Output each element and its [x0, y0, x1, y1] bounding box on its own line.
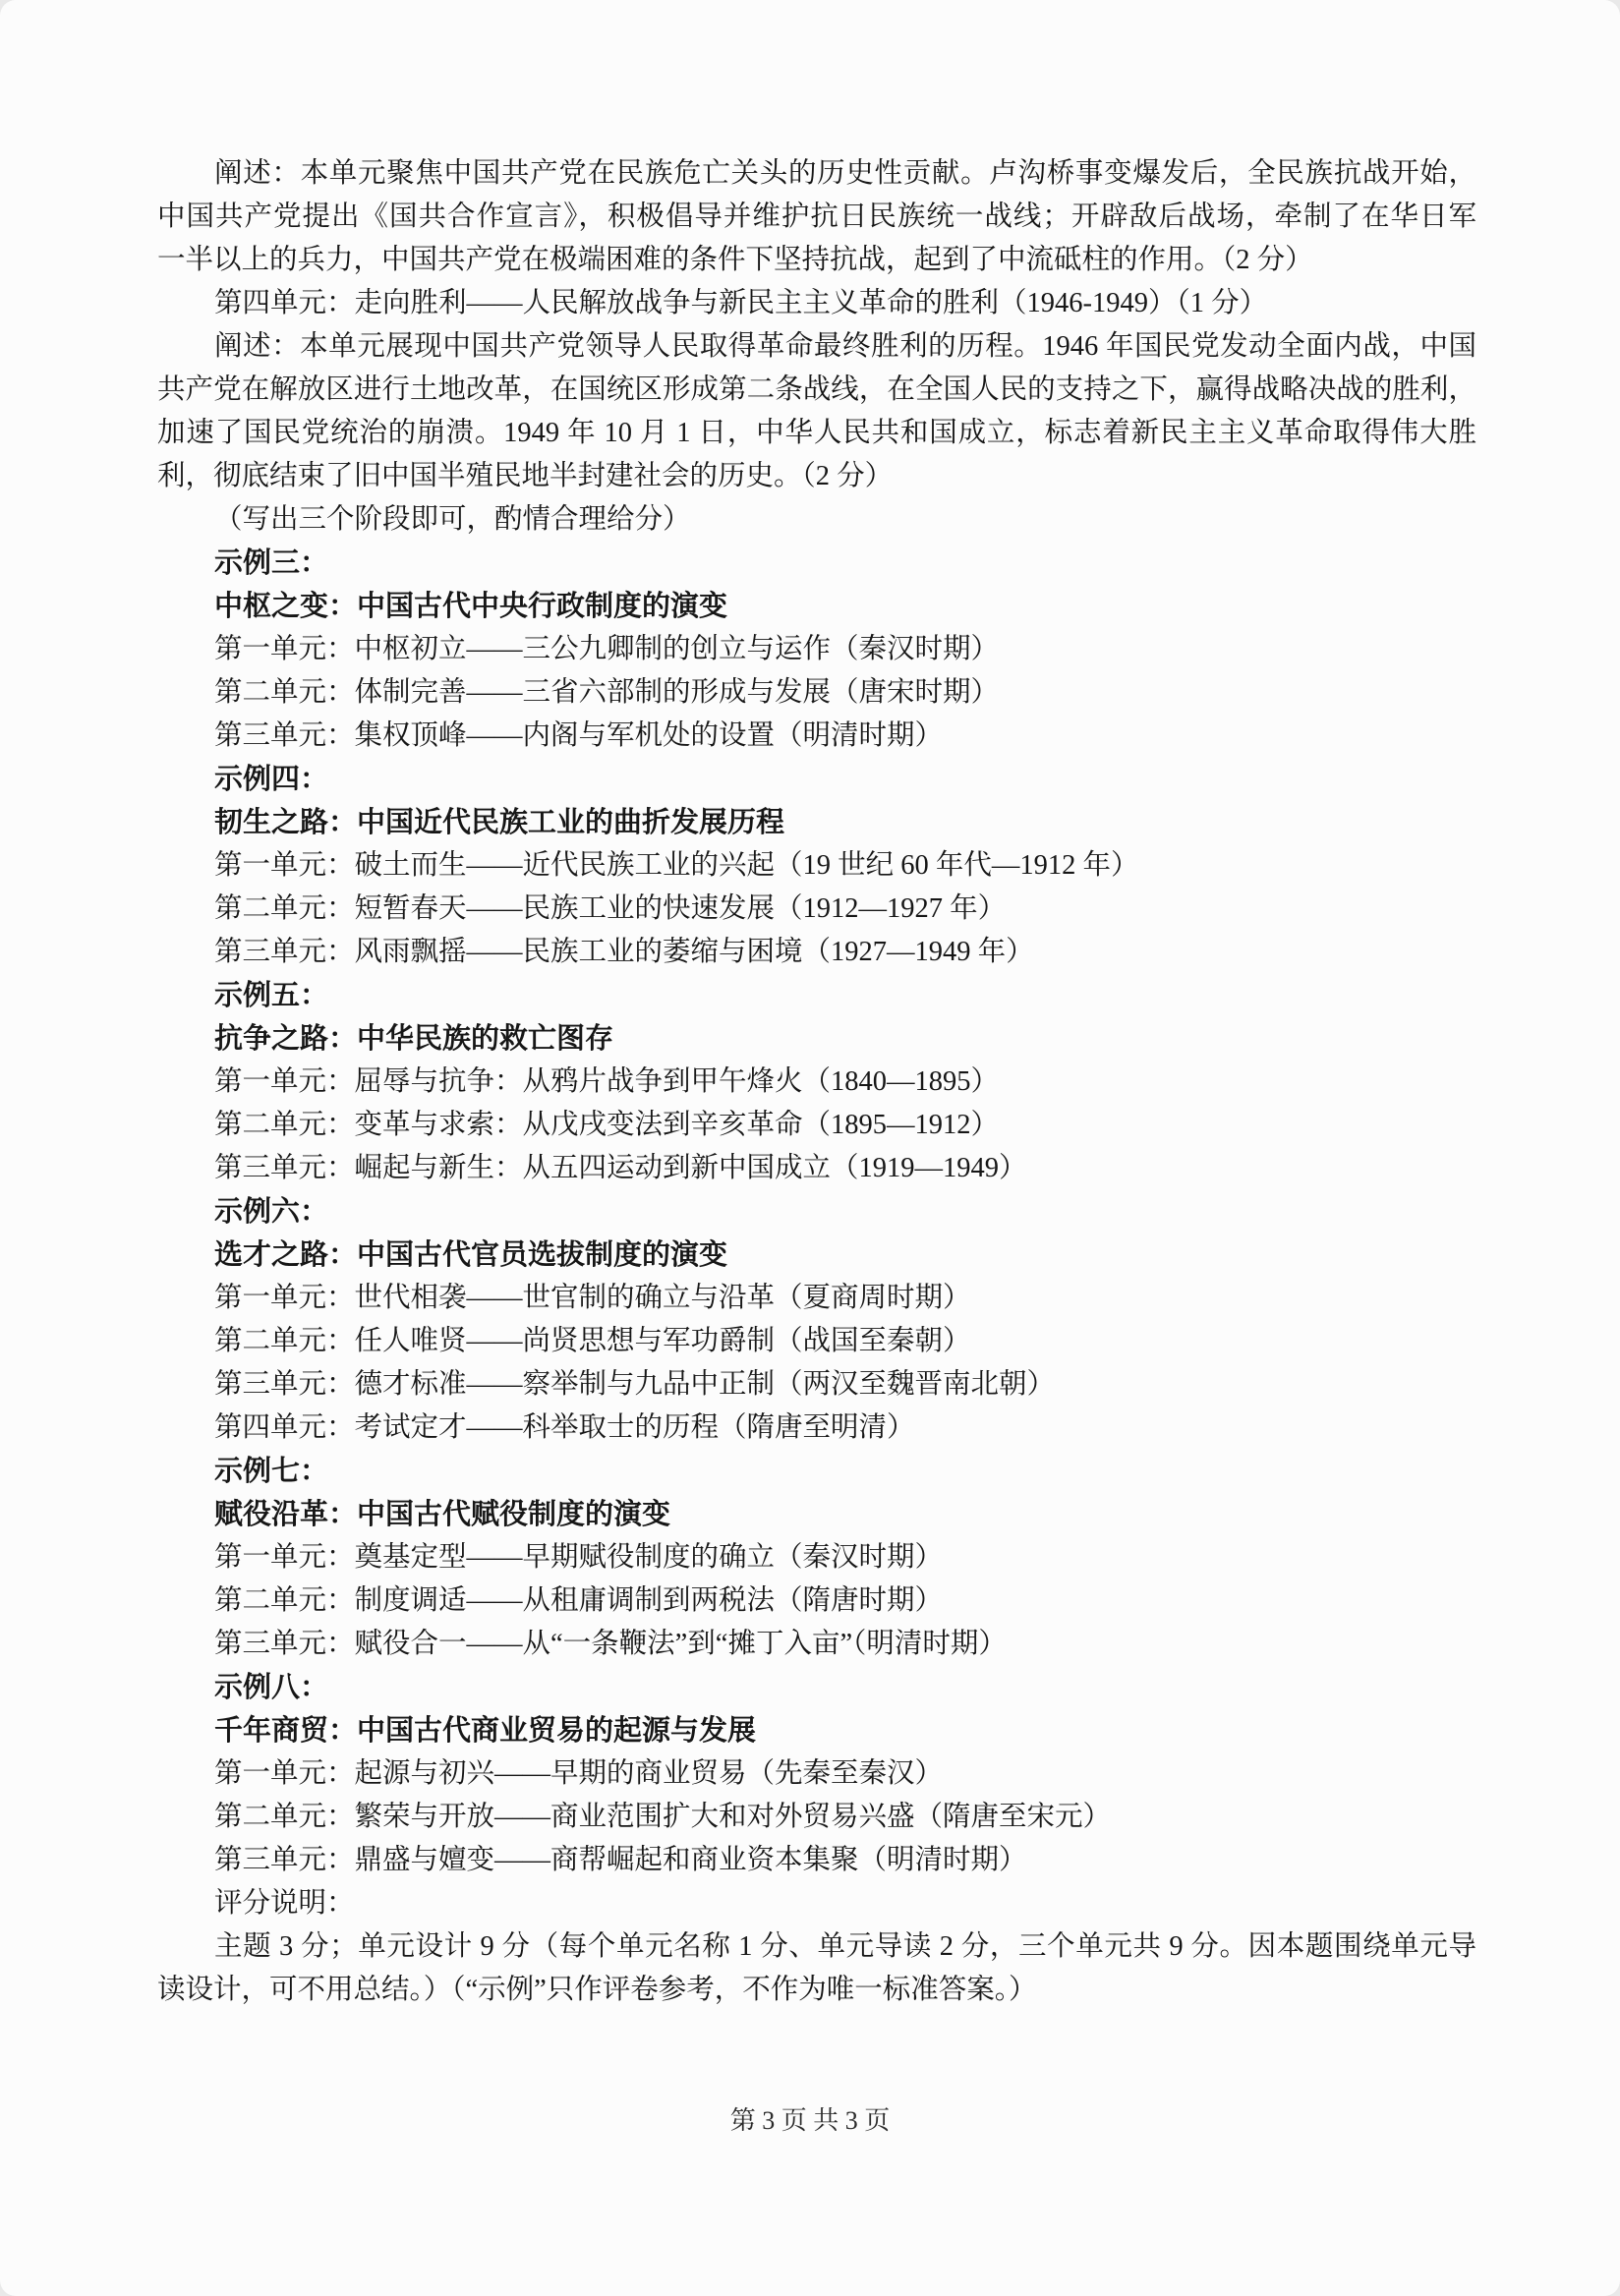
text-line: 千年商贸：中国古代商业贸易的起源与发展: [157, 1709, 1476, 1752]
text-line: 示例五：: [157, 974, 1476, 1017]
text-line: 韧生之路：中国近代民族工业的曲折发展历程: [157, 801, 1476, 844]
text-line: 加速了国民党统治的崩溃。1949 年 10 月 1 日，中华人民共和国成立，标志…: [157, 412, 1476, 455]
text-line: 赋役沿革：中国古代赋役制度的演变: [157, 1493, 1476, 1536]
text-line: 第一单元：世代相袭——世官制的确立与沿革（夏商周时期）: [157, 1277, 1476, 1320]
text-line: 中国共产党提出《国共合作宣言》，积极倡导并维护抗日民族统一战线；开辟敌后战场，牵…: [157, 196, 1476, 239]
text-line: 第二单元：制度调适——从租庸调制到两税法（隋唐时期）: [157, 1579, 1476, 1623]
text-line: 共产党在解放区进行土地改革，在国统区形成第二条战线，在全国人民的支持之下，赢得战…: [157, 369, 1476, 412]
text-line: 第三单元：德才标准——察举制与九品中正制（两汉至魏晋南北朝）: [157, 1363, 1476, 1406]
text-line: 评分说明：: [157, 1882, 1476, 1925]
text-line: 利，彻底结束了旧中国半殖民地半封建社会的历史。（2 分）: [157, 455, 1476, 498]
text-line: 第三单元：集权顶峰——内阁与军机处的设置（明清时期）: [157, 715, 1476, 758]
text-line: 示例四：: [157, 758, 1476, 801]
text-line: 第三单元：崛起与新生：从五四运动到新中国成立（1919—1949）: [157, 1147, 1476, 1190]
document-page: 阐述：本单元聚焦中国共产党在民族危亡关头的历史性贡献。卢沟桥事变爆发后，全民族抗…: [0, 0, 1620, 2296]
text-line: 第二单元：繁荣与开放——商业范围扩大和对外贸易兴盛（隋唐至宋元）: [157, 1796, 1476, 1839]
text-line: 第三单元：风雨飘摇——民族工业的萎缩与困境（1927—1949 年）: [157, 931, 1476, 974]
text-line: 第一单元：屈辱与抗争：从鸦片战争到甲午烽火（1840—1895）: [157, 1061, 1476, 1104]
text-line: 示例六：: [157, 1190, 1476, 1234]
text-line: 第三单元：赋役合一——从“一条鞭法”到“摊丁入亩”（明清时期）: [157, 1623, 1476, 1666]
text-line: 阐述：本单元展现中国共产党领导人民取得革命最终胜利的历程。1946 年国民党发动…: [157, 325, 1476, 369]
text-line: 阐述：本单元聚焦中国共产党在民族危亡关头的历史性贡献。卢沟桥事变爆发后，全民族抗…: [157, 152, 1476, 196]
text-line: 选才之路：中国古代官员选拔制度的演变: [157, 1234, 1476, 1277]
text-line: （写出三个阶段即可，酌情合理给分）: [157, 498, 1476, 542]
text-line: 读设计，可不用总结。）（“示例”只作评卷参考，不作为唯一标准答案。）: [157, 1969, 1476, 2012]
text-line: 第一单元：中枢初立——三公九卿制的创立与运作（秦汉时期）: [157, 628, 1476, 671]
text-line: 第二单元：体制完善——三省六部制的形成与发展（唐宋时期）: [157, 671, 1476, 715]
text-line: 示例八：: [157, 1666, 1476, 1709]
text-line: 主题 3 分；单元设计 9 分（每个单元名称 1 分、单元导读 2 分，三个单元…: [157, 1925, 1476, 1969]
text-line: 第二单元：短暂春天——民族工业的快速发展（1912—1927 年）: [157, 888, 1476, 931]
text-line: 第四单元：走向胜利——人民解放战争与新民主主义革命的胜利（1946-1949）（…: [157, 282, 1476, 325]
text-line: 抗争之路：中华民族的救亡图存: [157, 1017, 1476, 1061]
text-line: 第一单元：破土而生——近代民族工业的兴起（19 世纪 60 年代—1912 年）: [157, 844, 1476, 888]
text-line: 一半以上的兵力，中国共产党在极端困难的条件下坚持抗战，起到了中流砥柱的作用。（2…: [157, 239, 1476, 282]
text-line: 第三单元：鼎盛与嬗变——商帮崛起和商业资本集聚（明清时期）: [157, 1839, 1476, 1882]
text-line: 第一单元：起源与初兴——早期的商业贸易（先秦至秦汉）: [157, 1752, 1476, 1796]
page-footer: 第 3 页 共 3 页: [0, 2099, 1620, 2143]
document-body: 阐述：本单元聚焦中国共产党在民族危亡关头的历史性贡献。卢沟桥事变爆发后，全民族抗…: [157, 152, 1476, 2012]
text-line: 第一单元：奠基定型——早期赋役制度的确立（秦汉时期）: [157, 1536, 1476, 1579]
text-line: 示例七：: [157, 1450, 1476, 1493]
text-line: 示例三：: [157, 542, 1476, 585]
text-line: 第二单元：任人唯贤——尚贤思想与军功爵制（战国至秦朝）: [157, 1320, 1476, 1363]
text-line: 第四单元：考试定才——科举取士的历程（隋唐至明清）: [157, 1406, 1476, 1450]
text-line: 第二单元：变革与求索：从戊戌变法到辛亥革命（1895—1912）: [157, 1104, 1476, 1147]
text-line: 中枢之变：中国古代中央行政制度的演变: [157, 585, 1476, 628]
